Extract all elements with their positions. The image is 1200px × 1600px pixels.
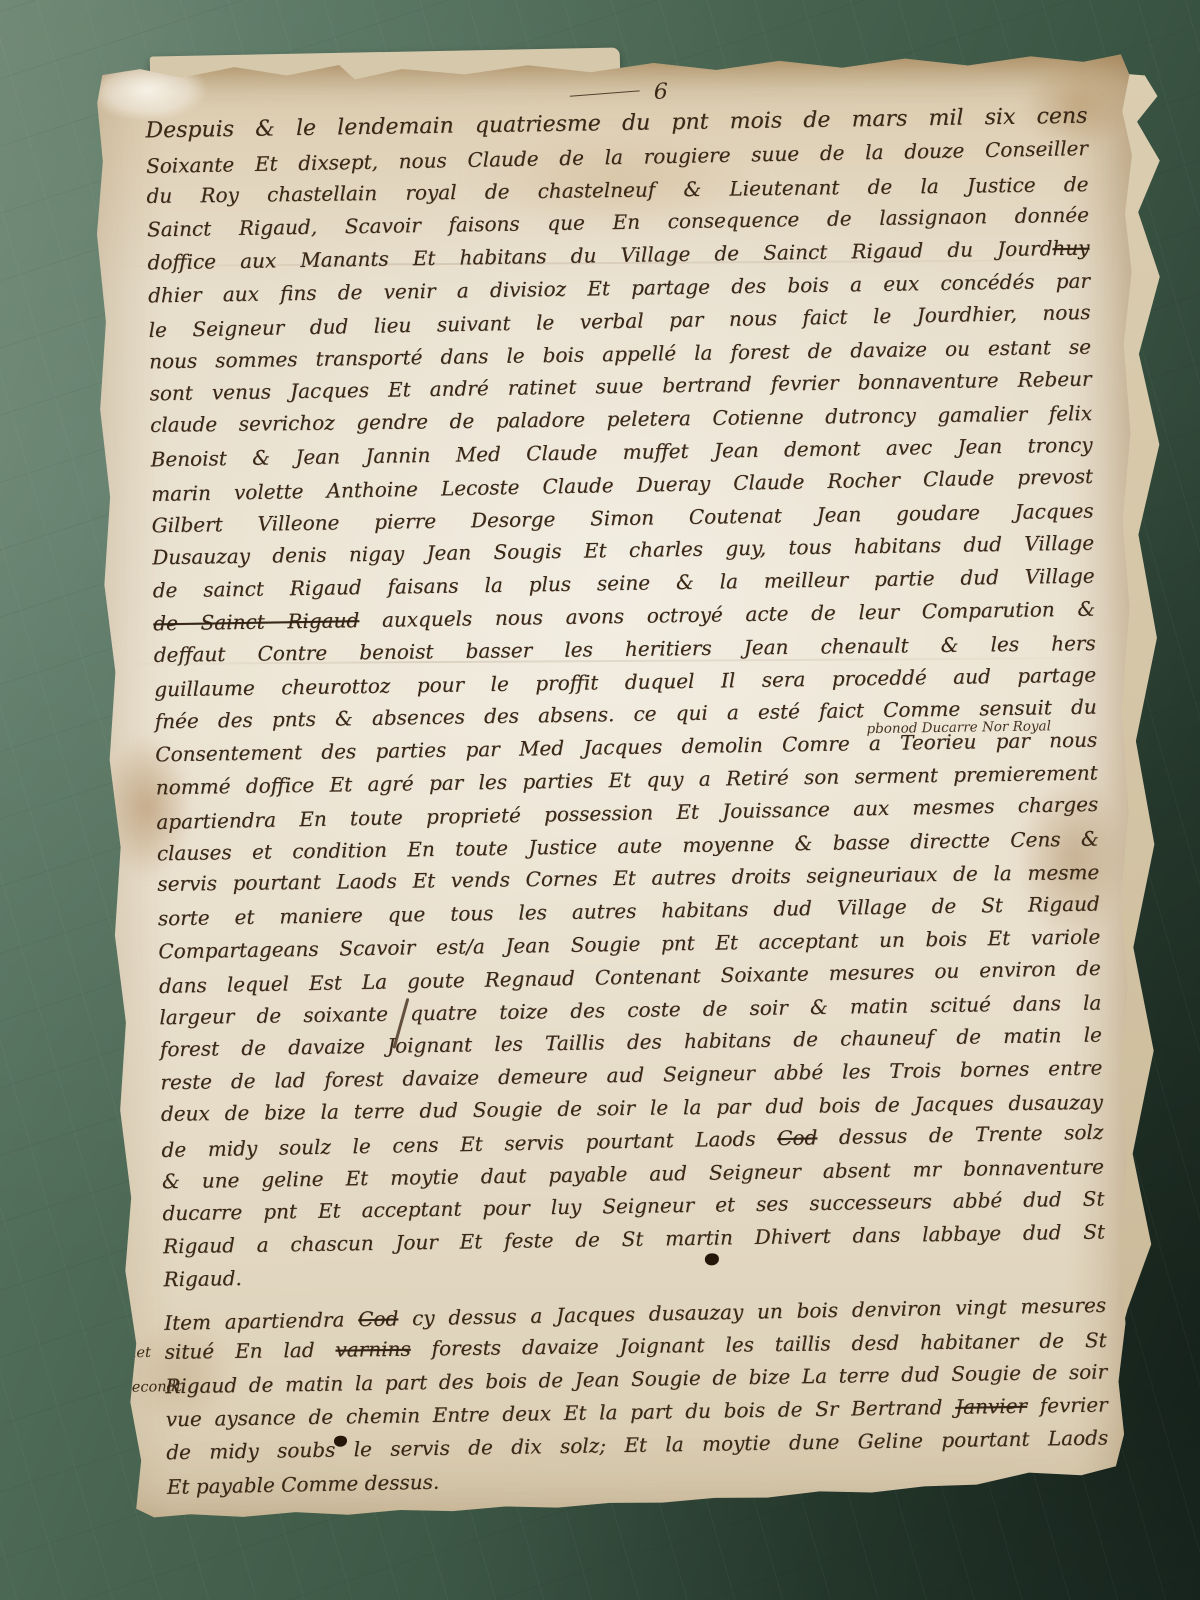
interlinear-insertion: pbonod Ducarre Nor Royal (866, 710, 1051, 746)
struck-text: Cod (777, 1125, 818, 1150)
struck-text: Janvier (955, 1394, 1027, 1419)
margin-note: inlecondt (113, 1371, 182, 1405)
manuscript-line-text: Et payable Comme dessus. (167, 1469, 440, 1498)
struck-text: huy (1052, 236, 1089, 261)
manuscript-text: Despuis & le lendemain quatriesme du pnt… (145, 101, 1109, 1502)
photo-scene: 6 Despuis & le lendemain quatriesme du p… (0, 0, 1200, 1600)
folio-number-text: 6 (654, 80, 668, 105)
struck-text: Cod (358, 1306, 399, 1331)
margin-note: 2: (112, 1308, 127, 1341)
margin-note: tenet (113, 1337, 152, 1370)
folio-number: 6 (570, 80, 668, 106)
manuscript-line-text: Rigaud. (163, 1266, 242, 1291)
struck-text: varnins (335, 1337, 411, 1362)
margin-note: 1: (107, 971, 122, 1004)
manuscript-page: 6 Despuis & le lendemain quatriesme du p… (88, 53, 1145, 1519)
struck-text: de Sainct Rigaud (153, 608, 359, 635)
